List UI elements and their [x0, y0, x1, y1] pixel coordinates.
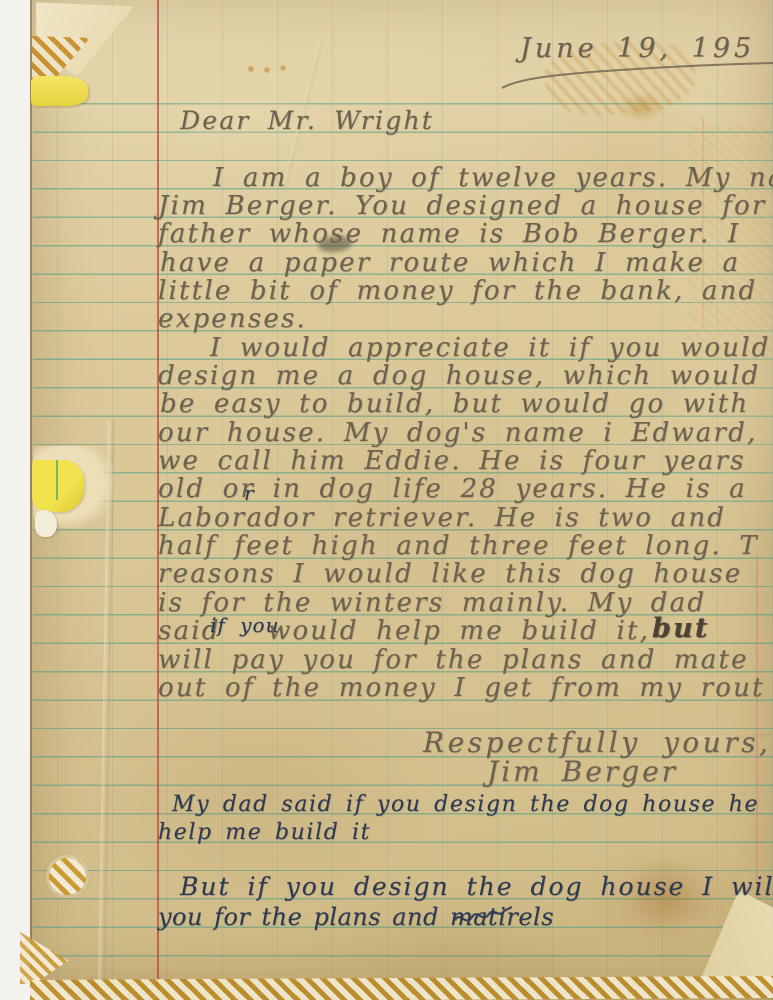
body-line: will pay you for the plans and mate [158, 645, 749, 675]
body-line: I would appreciate it if you would [210, 333, 771, 363]
body-line: design me a dog house, which would [158, 361, 760, 391]
body-line: would help me build it, [268, 616, 650, 646]
postscript-line: you for the plans and matirels [158, 902, 554, 932]
white-paper-chip [35, 510, 57, 537]
yellow-tape-left [32, 460, 84, 512]
postscript-line: But if you design the dog house I will [180, 872, 773, 902]
striped-tape-bottom-edge [30, 976, 773, 1000]
emphasized-word-but: but [652, 614, 710, 644]
scanned-letter-page: June 19, 195 Dear Mr. Wright I am a boy … [0, 0, 773, 1000]
yellow-tape-top-left [31, 76, 88, 106]
body-line: I am a boy of twelve years. My name [213, 163, 773, 193]
green-line-on-tape [56, 460, 58, 500]
body-line: father whose name is Bob Berger. I [158, 219, 740, 249]
ink-correction-mark: r [244, 478, 255, 508]
body-line: little bit of money for the bank, and [158, 276, 757, 306]
salutation: Dear Mr. Wright [180, 106, 434, 136]
date-line: June 19, 195 [520, 34, 755, 64]
postscript-line: help me build it [158, 818, 371, 848]
body-line: our house. My dog's name i Edward, [158, 418, 757, 448]
body-line: reasons I would like this dog house [158, 559, 742, 589]
body-line: out of the money I get from my rout [158, 673, 765, 703]
closing-line: Respectfully yours, [423, 728, 771, 758]
body-line: be easy to build, but would go with [160, 389, 749, 419]
body-line: Jim Berger. You designed a house for my [158, 191, 773, 221]
body-line: have a paper route which I make a [160, 248, 740, 278]
signature: Jim Berger [487, 757, 678, 787]
body-line: we call him Eddie. He is four years [158, 446, 746, 476]
postscript-line: My dad said if you design the dog house … [172, 790, 773, 820]
body-line: expenses. [158, 304, 307, 334]
striped-round-sticker [49, 858, 86, 895]
body-line: half feet high and three feet long. T [158, 531, 759, 561]
